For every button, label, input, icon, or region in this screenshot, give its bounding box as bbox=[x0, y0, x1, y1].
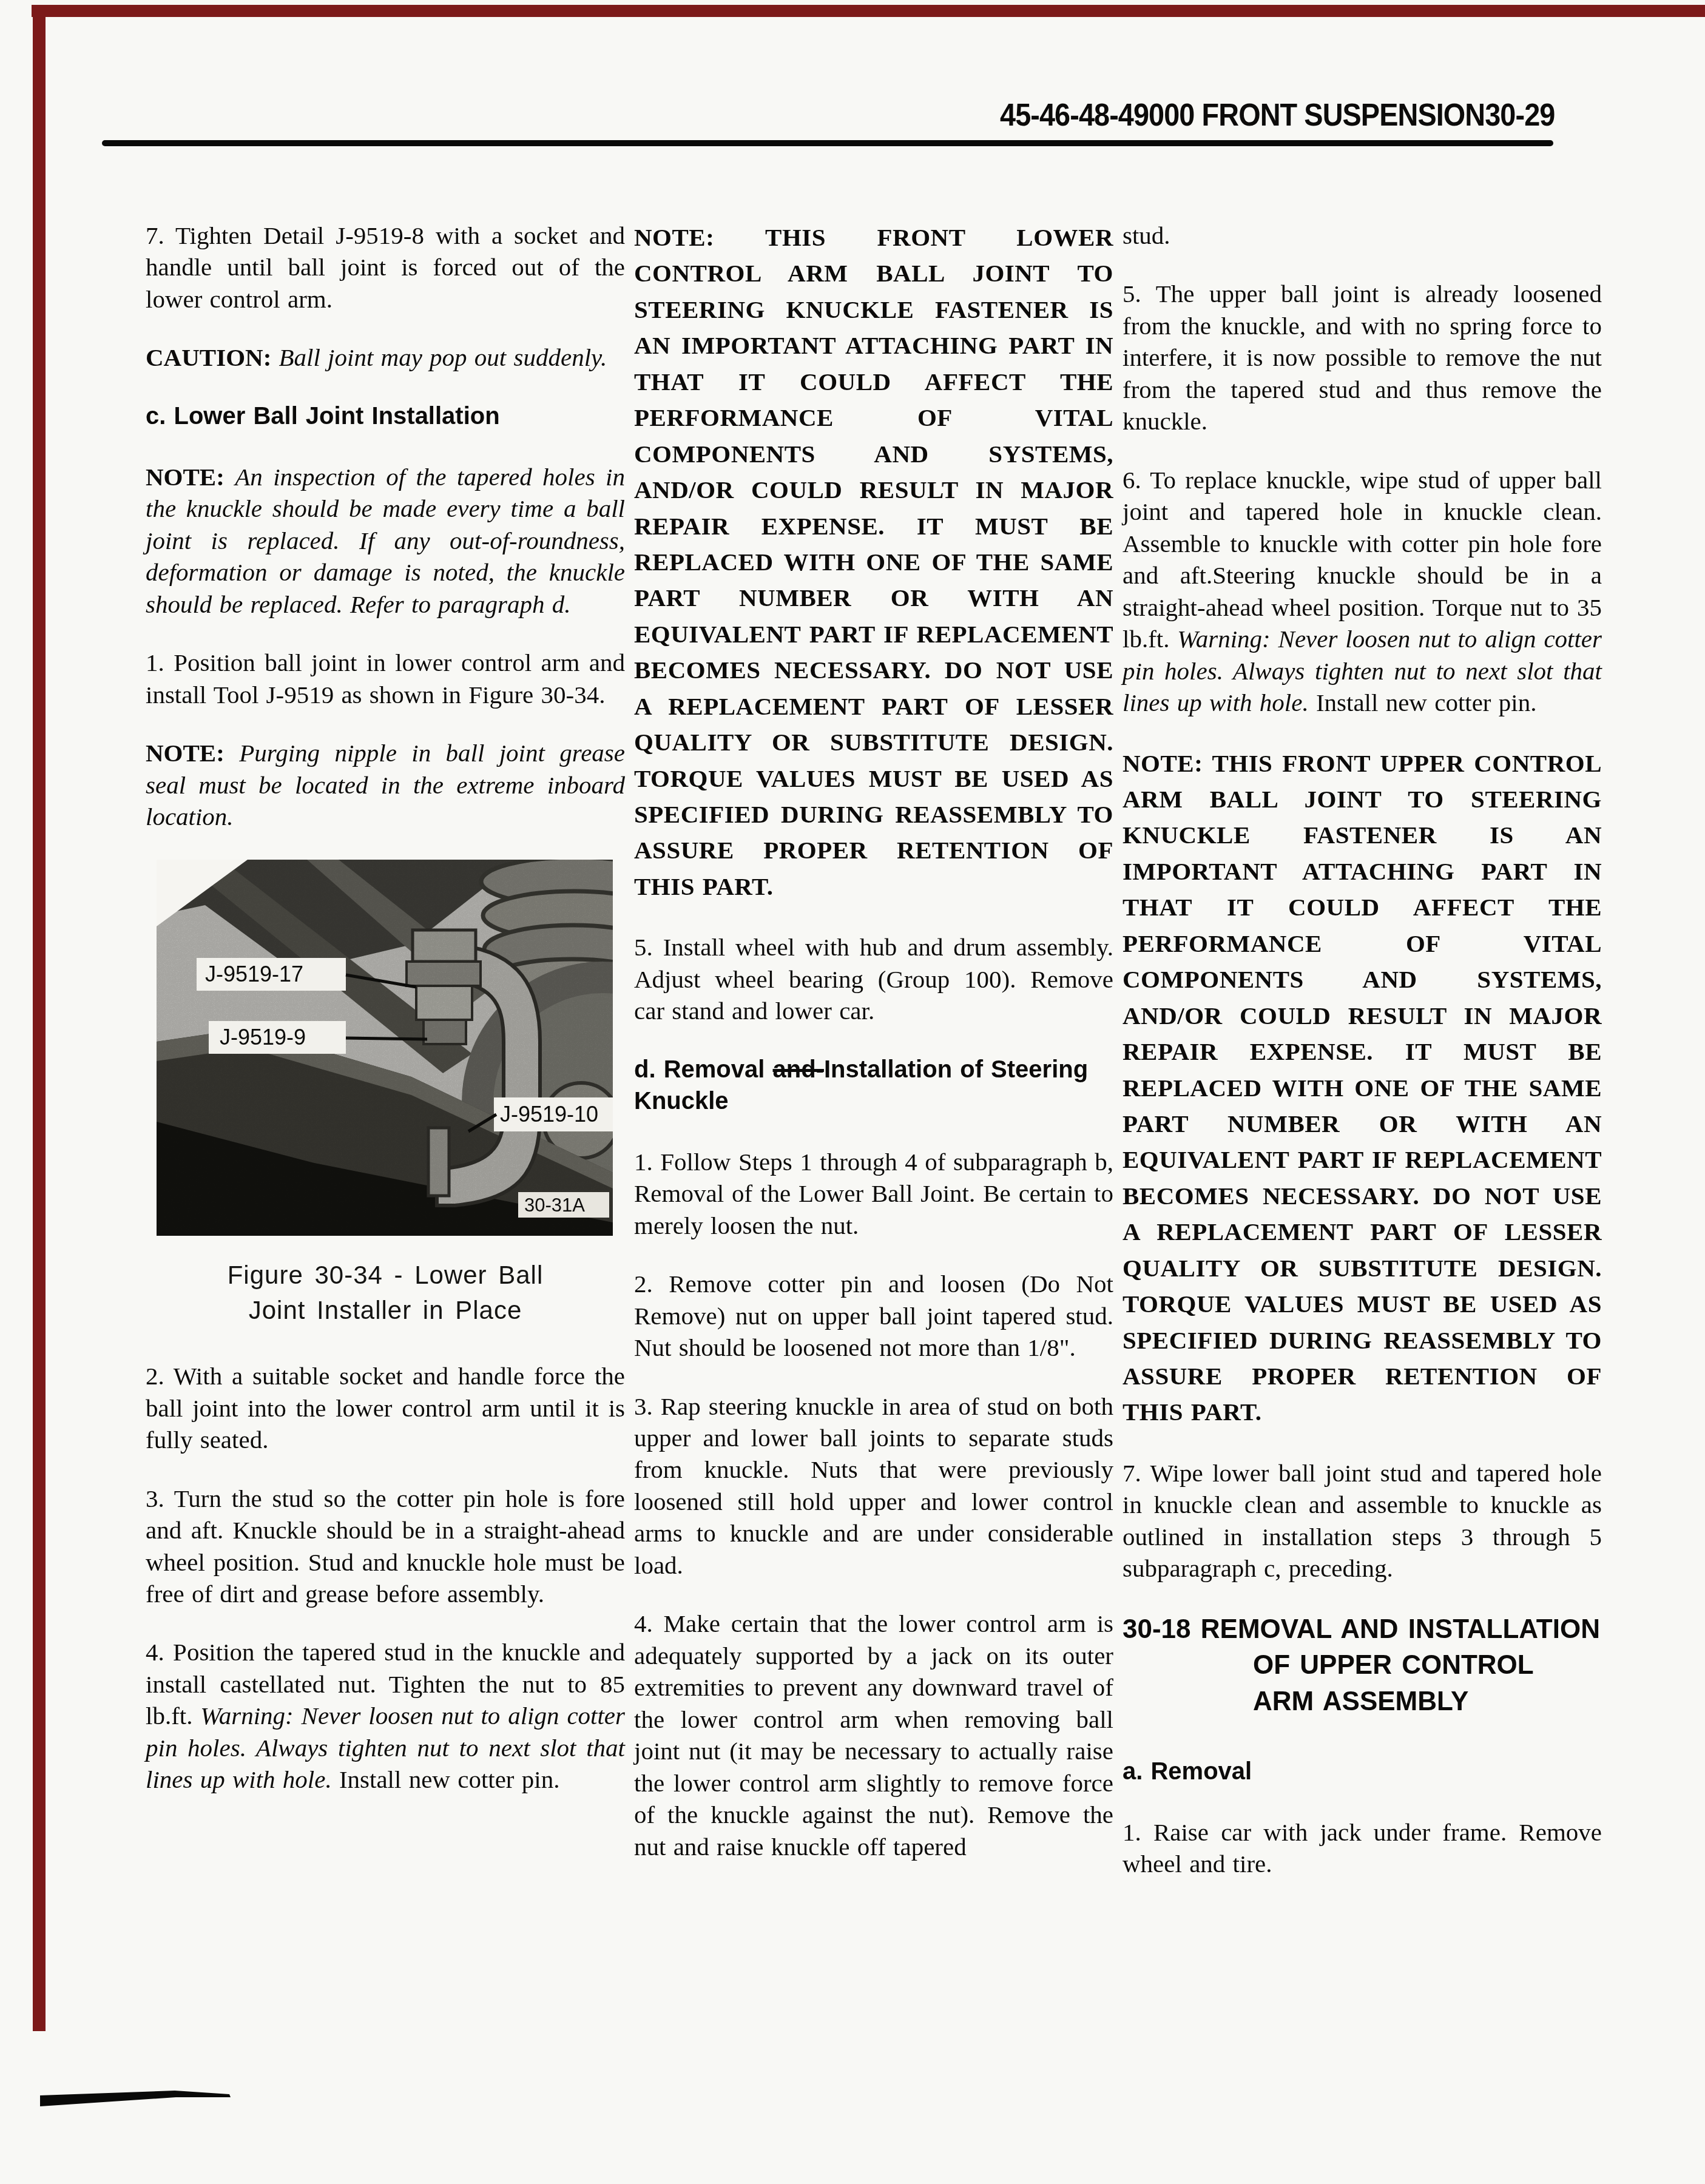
header-rule bbox=[102, 140, 1553, 146]
warning-note: NOTE: THIS FRONT LOWER CONTROL ARM BALL … bbox=[634, 220, 1113, 905]
paragraph: 7. Wipe lower ball joint stud and tapere… bbox=[1123, 1457, 1602, 1585]
column-middle-blocks: NOTE: THIS FRONT LOWER CONTROL ARM BALL … bbox=[634, 220, 1113, 1862]
paragraph: 3. Rap steering knuckle in area of stud … bbox=[634, 1390, 1113, 1582]
figure-photo: J-9519-17 J-9519-9 J-9519-10 30-31A bbox=[157, 860, 613, 1236]
paragraph: 2. Remove cotter pin and loosen (Do Not … bbox=[634, 1268, 1113, 1363]
figure-label-j-9519-9: J-9519-9 bbox=[220, 1025, 306, 1050]
pen-mark bbox=[35, 2088, 290, 2115]
section-heading: d. Removal and-Installation of Steering … bbox=[634, 1054, 1113, 1117]
column-middle: NOTE: THIS FRONT LOWER CONTROL ARM BALL … bbox=[634, 220, 1113, 1907]
figure-caption: Figure 30-34 - Lower Ball Joint Installe… bbox=[146, 1258, 625, 1329]
paragraph: 7. Tighten Detail J-9519-8 with a socket… bbox=[146, 220, 625, 315]
paragraph: stud. bbox=[1123, 220, 1602, 251]
paragraph: 1. Position ball joint in lower control … bbox=[146, 647, 625, 710]
column-right-blocks: stud.5. The upper ball joint is already … bbox=[1123, 220, 1602, 1880]
text-columns: 7. Tighten Detail J-9519-8 with a socket… bbox=[146, 220, 1602, 1907]
section-heading: a. Removal bbox=[1123, 1756, 1602, 1787]
figure-caption-line1: Figure 30-34 - Lower Ball bbox=[146, 1258, 625, 1293]
figure-caption-line2: Joint Installer in Place bbox=[146, 1293, 625, 1329]
paragraph: 5. Install wheel with hub and drum assem… bbox=[634, 931, 1113, 1026]
warning-note: NOTE: THIS FRONT UPPER CONTROL ARM BALL … bbox=[1123, 746, 1602, 1431]
paragraph: NOTE: An inspection of the tapered holes… bbox=[146, 461, 625, 620]
section-heading: 30-18 REMOVAL AND INSTALLATION OF UPPER … bbox=[1123, 1611, 1602, 1719]
paragraph: CAUTION: Ball joint may pop out suddenly… bbox=[146, 342, 625, 373]
column-left-bottom: 2. With a suitable socket and handle for… bbox=[146, 1360, 625, 1796]
section-heading: c. Lower Ball Joint Installation bbox=[146, 400, 625, 432]
column-left-top: 7. Tighten Detail J-9519-8 with a socket… bbox=[146, 220, 625, 833]
figure-corner-tag: 30-31A bbox=[524, 1195, 585, 1216]
figure-label-j-9519-17: J-9519-17 bbox=[205, 962, 303, 986]
scan-border-top bbox=[32, 5, 1705, 17]
paragraph: 4. Position the tapered stud in the knuc… bbox=[146, 1636, 625, 1795]
paragraph: 6. To replace knuckle, wipe stud of uppe… bbox=[1123, 464, 1602, 719]
paragraph: 4. Make certain that the lower control a… bbox=[634, 1608, 1113, 1862]
paragraph: 3. Turn the stud so the cotter pin hole … bbox=[146, 1483, 625, 1610]
figure-30-34: J-9519-17 J-9519-9 J-9519-10 30-31A bbox=[157, 860, 613, 1236]
column-right: stud.5. The upper ball joint is already … bbox=[1123, 220, 1602, 1907]
paragraph: 5. The upper ball joint is already loose… bbox=[1123, 278, 1602, 437]
figure-label-j-9519-10: J-9519-10 bbox=[500, 1102, 598, 1127]
paragraph: 1. Raise car with jack under frame. Remo… bbox=[1123, 1816, 1602, 1880]
column-left: 7. Tighten Detail J-9519-8 with a socket… bbox=[146, 220, 625, 1907]
page-header: 45-46-48-49000 FRONT SUSPENSION 30-29 bbox=[1000, 97, 1551, 133]
manual-page: 45-46-48-49000 FRONT SUSPENSION 30-29 7.… bbox=[0, 0, 1705, 2184]
paragraph: NOTE: Purging nipple in ball joint greas… bbox=[146, 737, 625, 832]
header-title: 45-46-48-49000 FRONT SUSPENSION bbox=[1000, 97, 1485, 133]
header-page-number: 30-29 bbox=[1485, 97, 1555, 133]
paragraph: 1. Follow Steps 1 through 4 of subparagr… bbox=[634, 1146, 1113, 1241]
paragraph: 2. With a suitable socket and handle for… bbox=[146, 1360, 625, 1455]
scan-border-left bbox=[33, 5, 46, 2031]
